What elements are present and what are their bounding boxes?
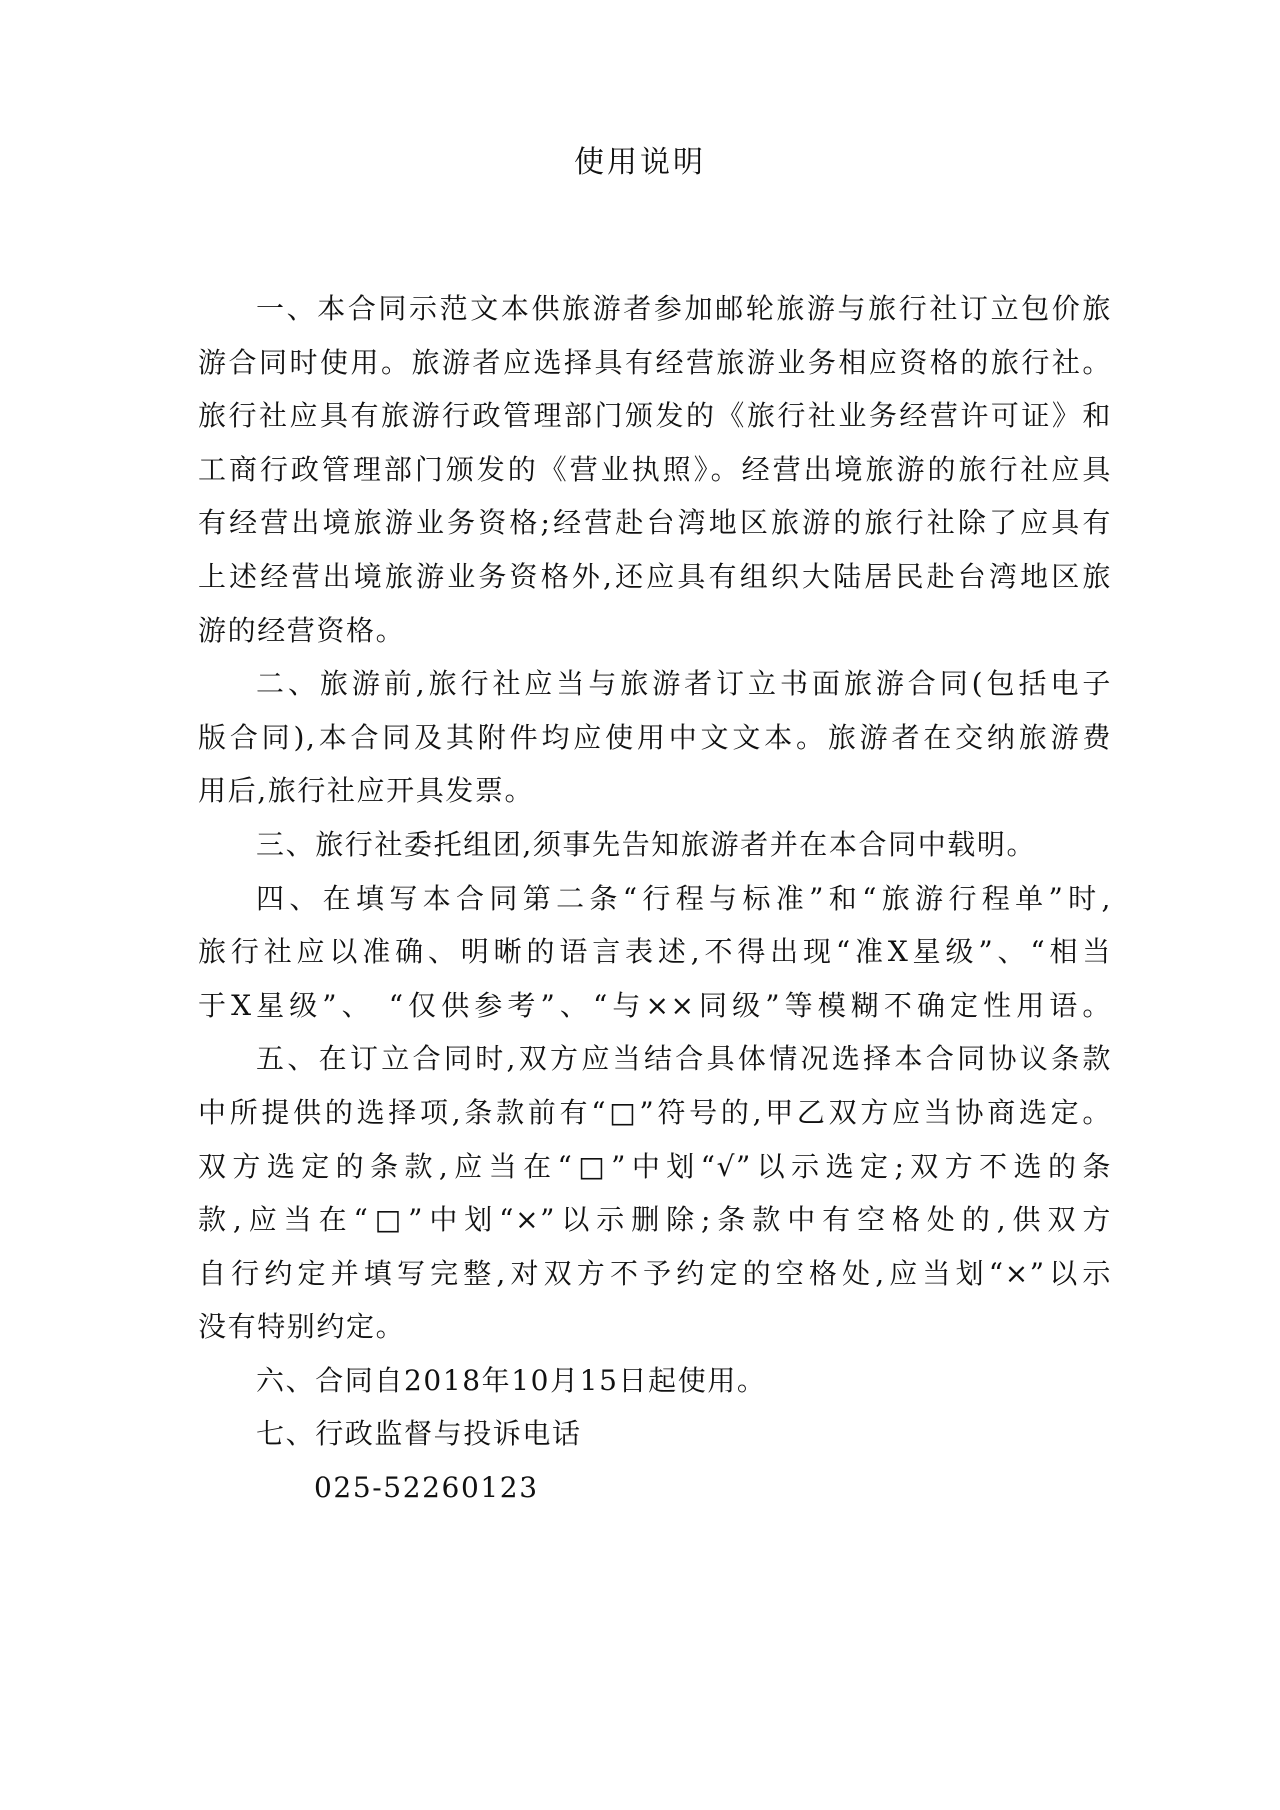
- section-2-line-2: 版合同),本合同及其附件均应使用中文文本。旅游者在交纳旅游费: [198, 711, 1112, 765]
- section-1-line-7: 游的经营资格。: [198, 604, 1112, 658]
- section-5-line-6: 没有特别约定。: [198, 1300, 1112, 1354]
- section-1-line-1: 一、本合同示范文本供旅游者参加邮轮旅游与旅行社订立包价旅: [198, 282, 1112, 336]
- section-4-line-3: 于X星级”、 “仅供参考”、“与××同级”等模糊不确定性用语。: [198, 979, 1112, 1033]
- section-5-line-4: 款,应当在“□”中划“×”以示删除;条款中有空格处的,供双方: [198, 1193, 1112, 1247]
- document-page: 使用说明 一、本合同示范文本供旅游者参加邮轮旅游与旅行社订立包价旅 游合同时使用…: [0, 0, 1280, 1810]
- section-4-line-1: 四、在填写本合同第二条“行程与标准”和“旅游行程单”时,: [198, 872, 1112, 926]
- section-5-line-1: 五、在订立合同时,双方应当结合具体情况选择本合同协议条款: [198, 1032, 1112, 1086]
- section-5-line-3: 双方选定的条款,应当在“□”中划“√”以示选定;双方不选的条: [198, 1140, 1112, 1194]
- document-body: 一、本合同示范文本供旅游者参加邮轮旅游与旅行社订立包价旅 游合同时使用。旅游者应…: [198, 282, 1112, 1515]
- section-1-line-5: 有经营出境旅游业务资格;经营赴台湾地区旅游的旅行社除了应具有: [198, 496, 1112, 550]
- section-1-line-2: 游合同时使用。旅游者应选择具有经营旅游业务相应资格的旅行社。: [198, 336, 1112, 390]
- section-5-line-2: 中所提供的选择项,条款前有“□”符号的,甲乙双方应当协商选定。: [198, 1086, 1112, 1140]
- section-1-line-4: 工商行政管理部门颁发的《营业执照》。经营出境旅游的旅行社应具: [198, 443, 1112, 497]
- section-2-line-3: 用后,旅行社应开具发票。: [198, 764, 1112, 818]
- section-6-line-1: 六、合同自2018年10月15日起使用。: [198, 1354, 1112, 1408]
- section-2-line-1: 二、旅游前,旅行社应当与旅游者订立书面旅游合同(包括电子: [198, 657, 1112, 711]
- section-1-line-6: 上述经营出境旅游业务资格外,还应具有组织大陆居民赴台湾地区旅: [198, 550, 1112, 604]
- section-5-line-5: 自行约定并填写完整,对双方不予约定的空格处,应当划“×”以示: [198, 1247, 1112, 1301]
- section-7-line-1: 七、行政监督与投诉电话: [198, 1407, 1112, 1461]
- section-3-line-1: 三、旅行社委托组团,须事先告知旅游者并在本合同中载明。: [198, 818, 1112, 872]
- complaint-phone-number: 025-52260123: [198, 1461, 1112, 1515]
- section-1-line-3: 旅行社应具有旅游行政管理部门颁发的《旅行社业务经营许可证》和: [198, 389, 1112, 443]
- section-4-line-2: 旅行社应以准确、明晰的语言表述,不得出现“准X星级”、“相当: [198, 925, 1112, 979]
- page-title: 使用说明: [0, 143, 1280, 183]
